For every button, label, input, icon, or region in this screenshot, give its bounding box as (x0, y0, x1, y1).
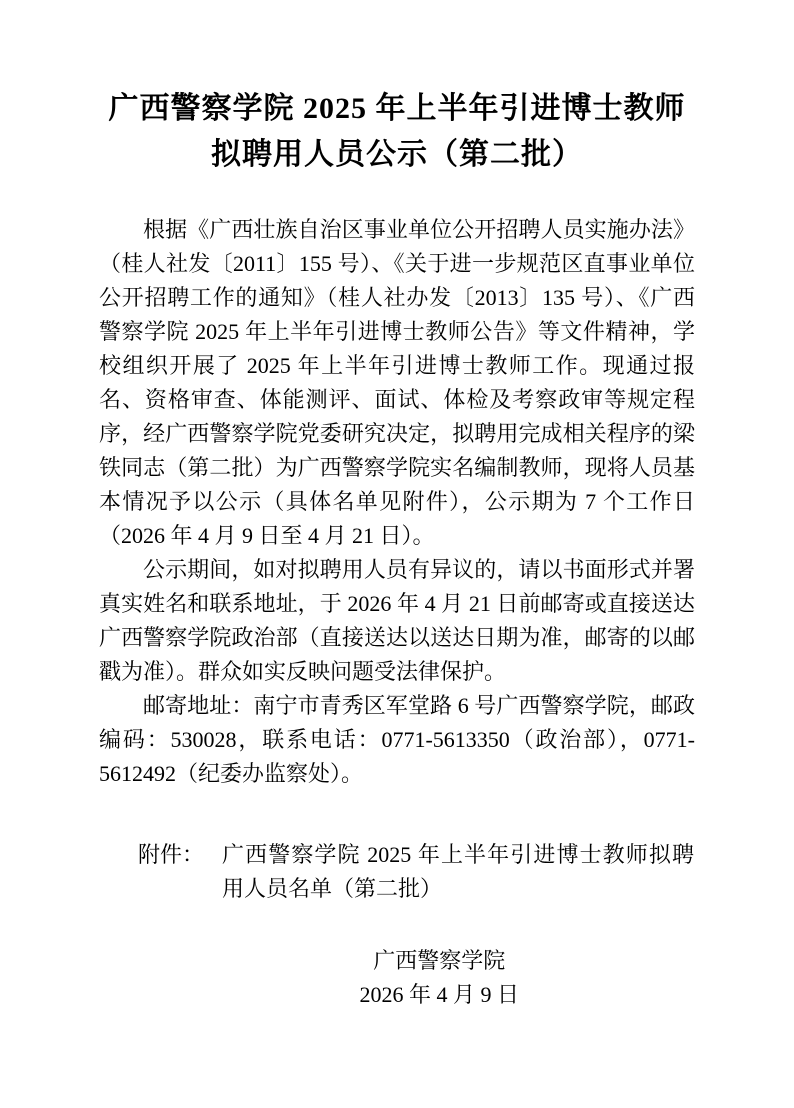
document-body: 根据《广西壮族自治区事业单位公开招聘人员实施办法》（桂人社发〔2011〕155 … (99, 213, 695, 791)
attachment-note: 附件： 广西警察学院 2025 年上半年引进博士教师拟聘用人员名单（第二批） (138, 838, 695, 906)
paragraph-contact-info: 邮寄地址：南宁市青秀区军堂路 6 号广西警察学院，邮政编码：530028，联系电… (99, 689, 695, 791)
signature-date: 2026 年 4 月 9 日 (359, 978, 519, 1012)
paragraph-legal-basis: 根据《广西壮族自治区事业单位公开招聘人员实施办法》（桂人社发〔2011〕155 … (99, 213, 695, 553)
title-line-2: 拟聘用人员公示（第二批） (99, 132, 695, 178)
document-page: 广西警察学院 2025 年上半年引进博士教师 拟聘用人员公示（第二批） 根据《广… (0, 0, 794, 1108)
title-line-1: 广西警察学院 2025 年上半年引进博士教师 (99, 86, 695, 132)
document-title: 广西警察学院 2025 年上半年引进博士教师 拟聘用人员公示（第二批） (99, 86, 695, 178)
paragraph-objection-period: 公示期间，如对拟聘用人员有异议的，请以书面形式并署真实姓名和联系地址，于 202… (99, 553, 695, 689)
attachment-text: 广西警察学院 2025 年上半年引进博士教师拟聘用人员名单（第二批） (222, 838, 694, 906)
attachment-label: 附件： (138, 838, 222, 906)
signature-organization: 广西警察学院 (359, 944, 519, 978)
signature-block: 广西警察学院 2026 年 4 月 9 日 (359, 944, 519, 1012)
